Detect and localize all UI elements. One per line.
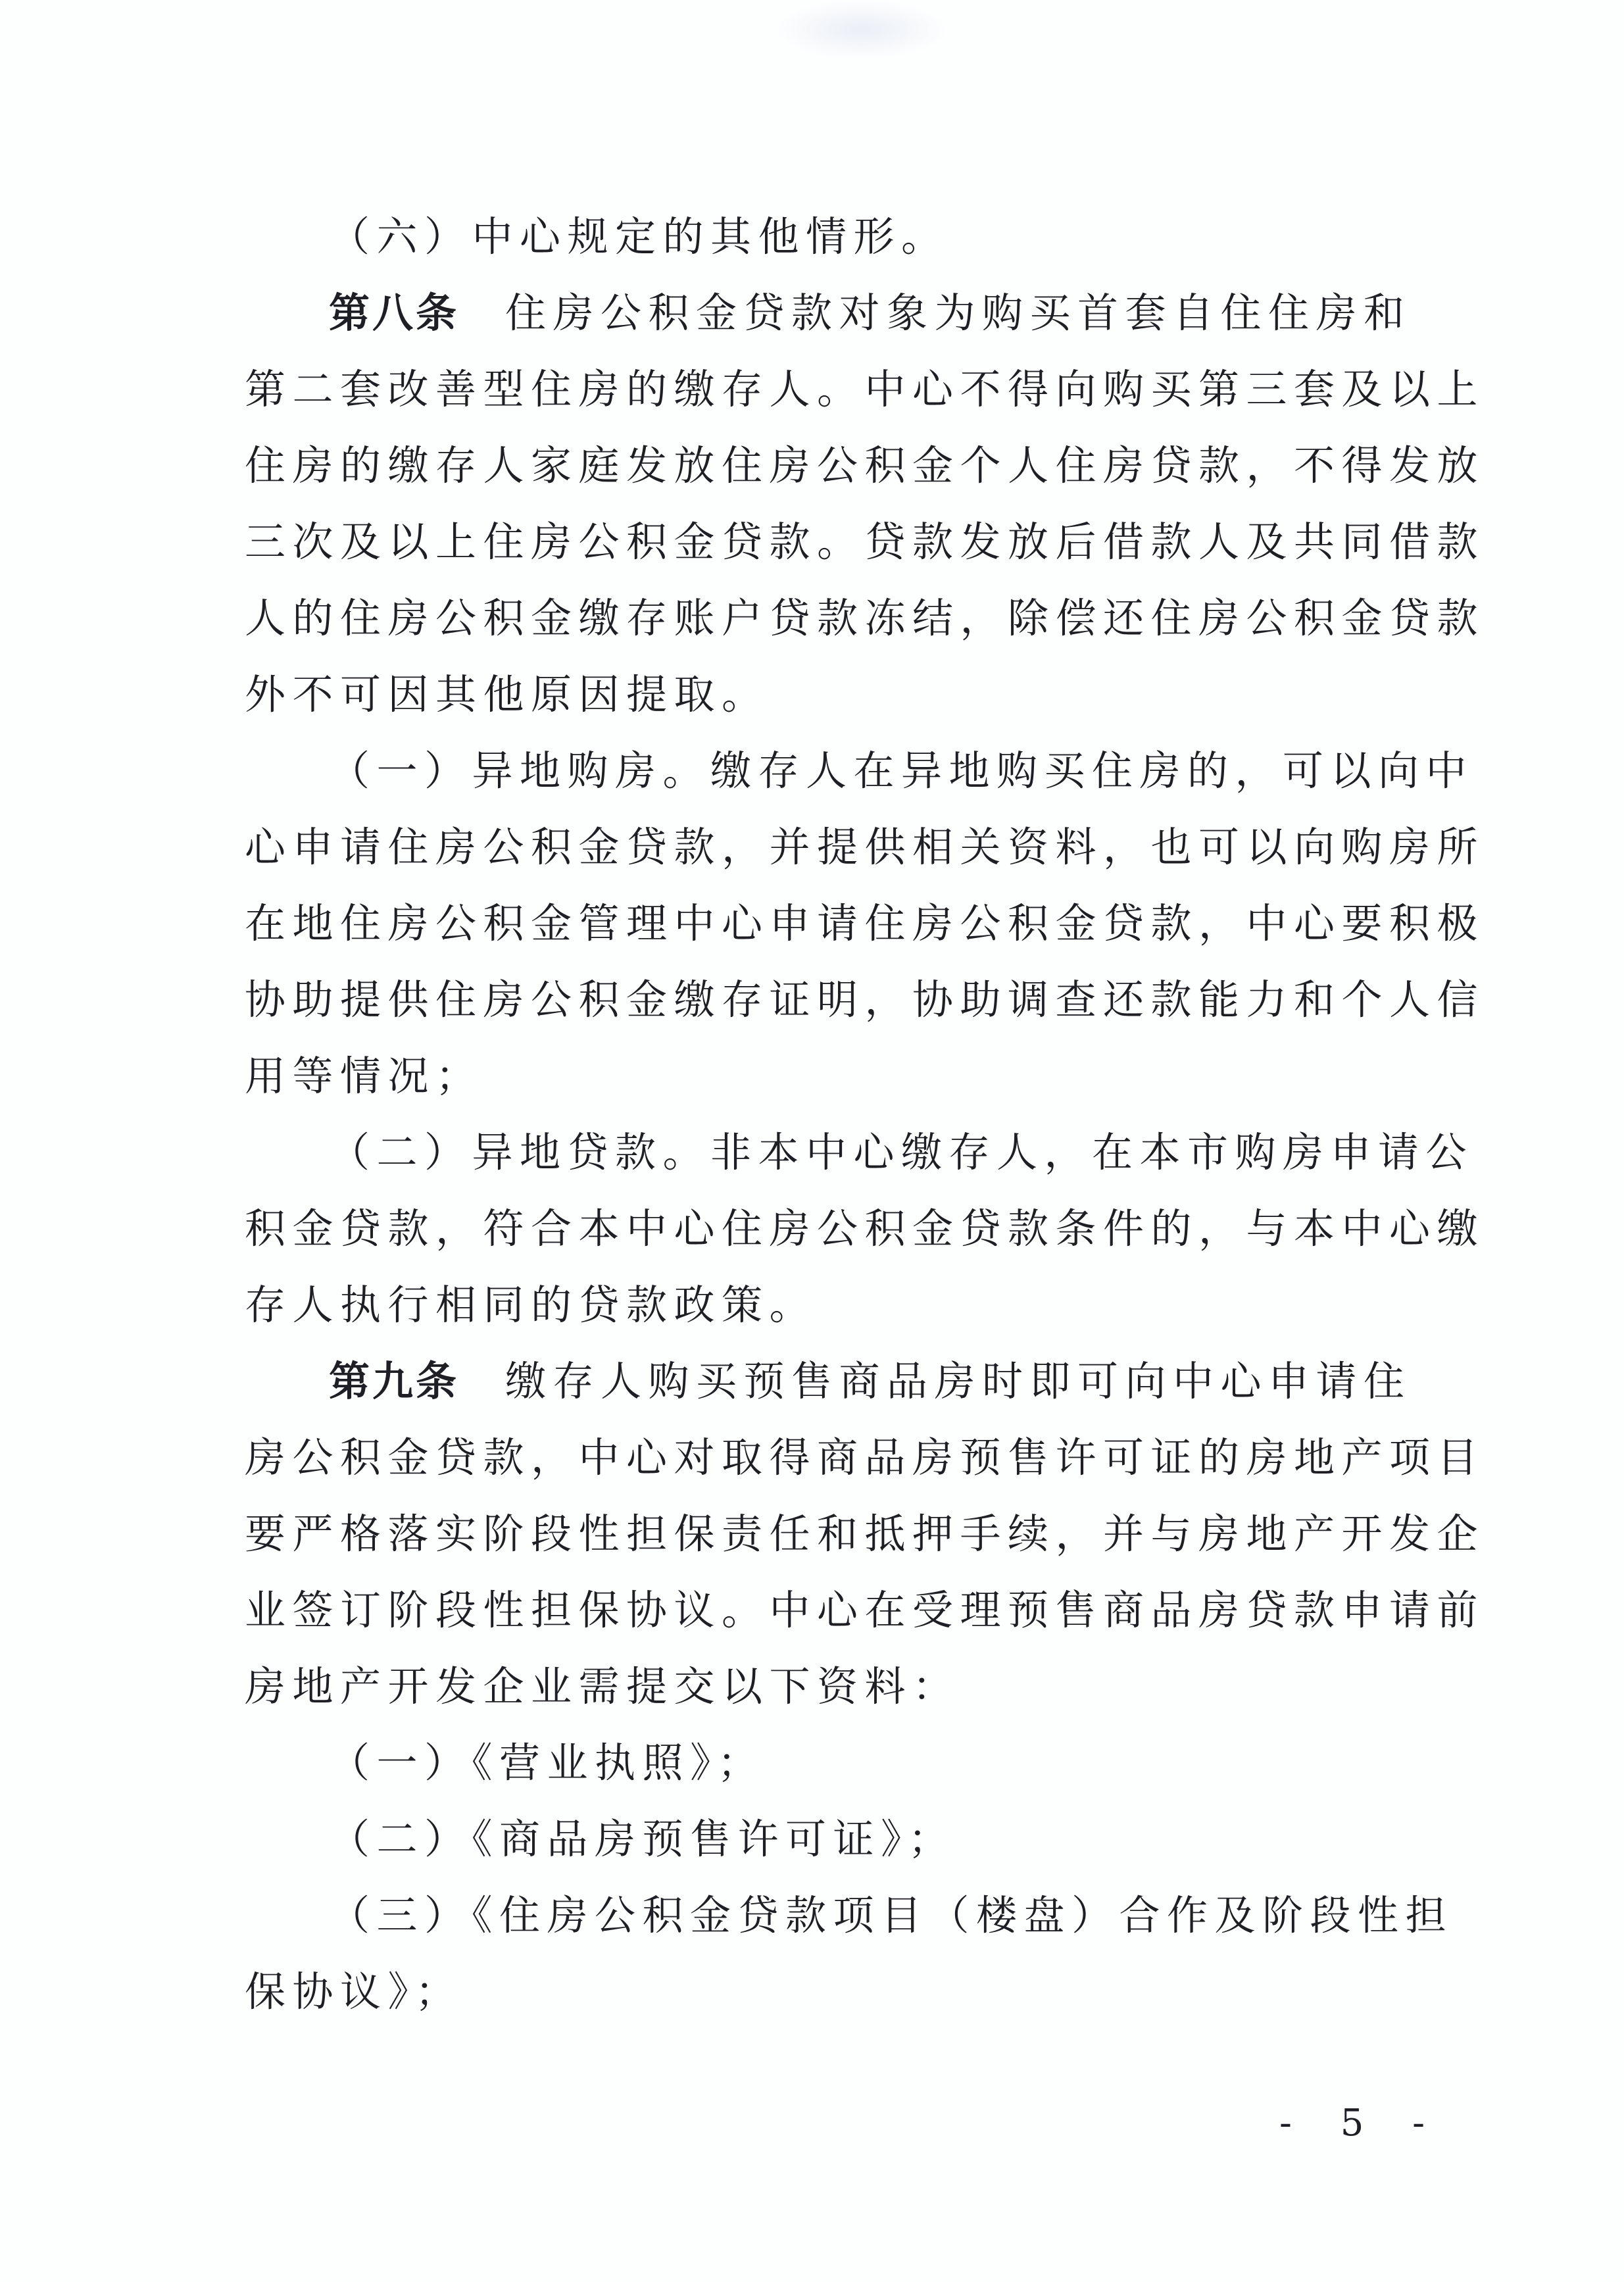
- paragraph-line: 存人执行相同的贷款政策。: [245, 1267, 1389, 1343]
- list-item-remote-loan: （二）异地贷款。非本中心缴存人，在本市购房申请公: [329, 1114, 1389, 1191]
- list-item-6: （六）中心规定的其他情形。: [329, 199, 1389, 275]
- paragraph-line: 住房的缴存人家庭发放住房公积金个人住房贷款，不得发放: [245, 428, 1389, 504]
- paragraph-line: 人的住房公积金缴存账户贷款冻结，除偿还住房公积金贷款: [245, 580, 1389, 657]
- page-number: - 5 -: [1279, 2102, 1443, 2145]
- paragraph-line: 房公积金贷款，中心对取得商品房预售许可证的房地产项目: [245, 1420, 1389, 1496]
- scan-artifact: [776, 0, 947, 59]
- article-9-label: 第九条: [329, 1357, 459, 1405]
- paragraph-line: 外不可因其他原因提取。: [245, 657, 1389, 733]
- paragraph-line: 保协议》；: [245, 1954, 1389, 2030]
- material-item-2: （二）《商品房预售许可证》；: [329, 1801, 1389, 1877]
- paragraph-line: 用等情况；: [245, 1038, 1389, 1114]
- paragraph-line: 房地产开发企业需提交以下资料：: [245, 1649, 1389, 1725]
- paragraph-line: 三次及以上住房公积金贷款。贷款发放后借款人及共同借款: [245, 504, 1389, 580]
- article-8-label: 第八条: [329, 289, 459, 337]
- paragraph-line: 心申请住房公积金贷款，并提供相关资料，也可以向购房所: [245, 809, 1389, 885]
- paragraph-line: 业签订阶段性担保协议。中心在受理预售商品房贷款申请前: [245, 1572, 1389, 1649]
- paragraph-line: 要严格落实阶段性担保责任和抵押手续，并与房地产开发企: [245, 1496, 1389, 1572]
- list-item-remote-purchase: （一）异地购房。缴存人在异地购买住房的，可以向中: [329, 733, 1389, 809]
- document-page: （六）中心规定的其他情形。 第八条住房公积金贷款对象为购买首套自住住房和 第二套…: [0, 0, 1624, 2282]
- paragraph-line: 积金贷款，符合本中心住房公积金贷款条件的，与本中心缴: [245, 1191, 1389, 1267]
- paragraph-line: 第二套改善型住房的缴存人。中心不得向购买第三套及以上: [245, 351, 1389, 428]
- material-item-1: （一）《营业执照》；: [329, 1725, 1389, 1801]
- paragraph-line: 协助提供住房公积金缴存证明，协助调查还款能力和个人信: [245, 962, 1389, 1038]
- material-item-3: （三）《住房公积金贷款项目（楼盘）合作及阶段性担: [329, 1877, 1389, 1954]
- paragraph-line: 在地住房公积金管理中心申请住房公积金贷款，中心要积极: [245, 885, 1389, 962]
- article-9-paragraph: 第九条缴存人购买预售商品房时即可向中心申请住: [329, 1343, 1389, 1420]
- article-8-paragraph: 第八条住房公积金贷款对象为购买首套自住住房和: [329, 275, 1389, 351]
